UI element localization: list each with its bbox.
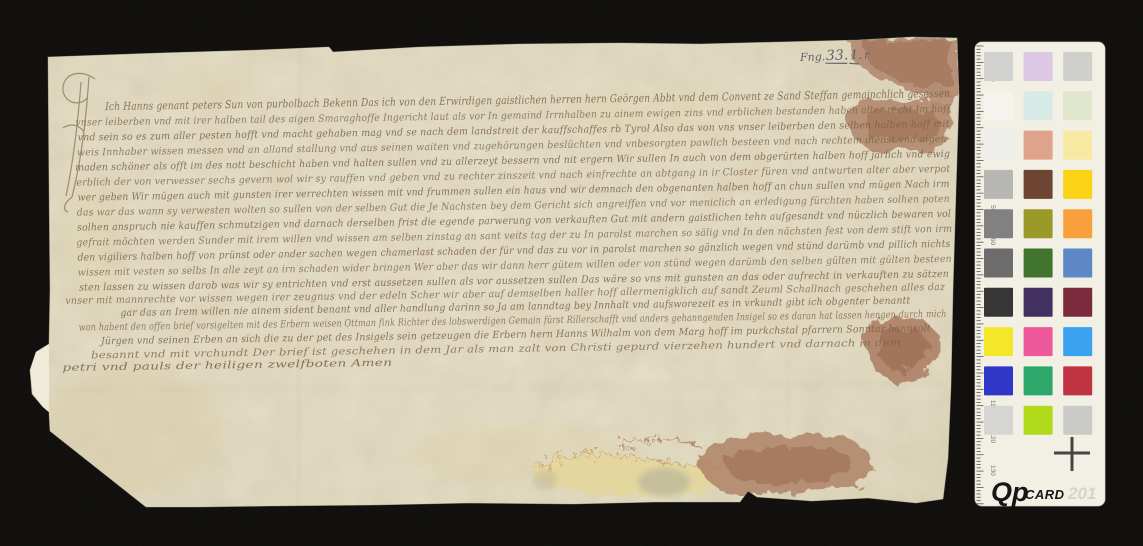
swatch-r3c2 <box>1024 131 1053 160</box>
logo-model-number: 201 <box>1067 484 1096 503</box>
shelfmark-sub-number: 1. <box>850 48 863 63</box>
swatch-r1c3 <box>1063 52 1092 81</box>
swatch-r8c1 <box>984 327 1013 356</box>
shelfmark-main-number: 33. <box>826 47 849 64</box>
swatch-r7c2 <box>1024 288 1053 317</box>
swatch-r1c1 <box>984 52 1013 81</box>
swatch-r5c2 <box>1024 209 1053 238</box>
swatch-r10c1 <box>984 406 1013 435</box>
shelfmark-prefix: Fng. <box>799 50 826 64</box>
swatch-r10c3 <box>1063 406 1092 435</box>
swatch-r4c3 <box>1063 170 1092 199</box>
photo-stage: Ich Hanns genant peters Sun von purbolba… <box>0 0 1143 546</box>
parchment-surface: Ich Hanns genant peters Sun von purbolba… <box>25 30 970 520</box>
swatch-r3c1 <box>984 131 1013 160</box>
swatch-r7c3 <box>1063 288 1092 317</box>
ruler-number-130: 130 <box>989 465 996 476</box>
swatch-r10c2 <box>1024 406 1053 435</box>
swatch-r9c2 <box>1024 366 1053 395</box>
swatch-r2c1 <box>984 91 1013 120</box>
swatch-r7c1 <box>984 288 1013 317</box>
parchment-document: Ich Hanns genant peters Sun von purbolba… <box>25 30 970 520</box>
smudge-gray <box>638 468 690 496</box>
ruler-number-60: 60 <box>989 238 996 246</box>
swatch-r8c2 <box>1024 327 1053 356</box>
manuscript-text: Ich Hanns genant peters Sun von purbolba… <box>58 87 956 374</box>
swatch-r2c3 <box>1063 91 1092 120</box>
swatch-r1c2 <box>1024 52 1053 81</box>
swatch-r6c3 <box>1063 249 1092 278</box>
swatch-r9c1 <box>984 366 1013 395</box>
swatch-r2c2 <box>1024 91 1053 120</box>
swatch-r3c3 <box>1063 131 1092 160</box>
color-calibration-card: 102030405060708090100110120130 Qp CARD 2… <box>975 42 1105 507</box>
swatch-r5c3 <box>1063 209 1092 238</box>
swatch-r6c2 <box>1024 249 1053 278</box>
smudge-small <box>533 470 557 490</box>
swatch-r5c1 <box>984 209 1013 238</box>
swatch-r4c2 <box>1024 170 1053 199</box>
logo-brand-caps: CARD <box>1025 487 1065 502</box>
swatch-r8c3 <box>1063 327 1092 356</box>
swatch-r9c3 <box>1063 366 1092 395</box>
logo-brand-bold: Qp <box>991 477 1029 507</box>
swatch-r6c1 <box>984 249 1013 278</box>
swatch-r4c1 <box>984 170 1013 199</box>
